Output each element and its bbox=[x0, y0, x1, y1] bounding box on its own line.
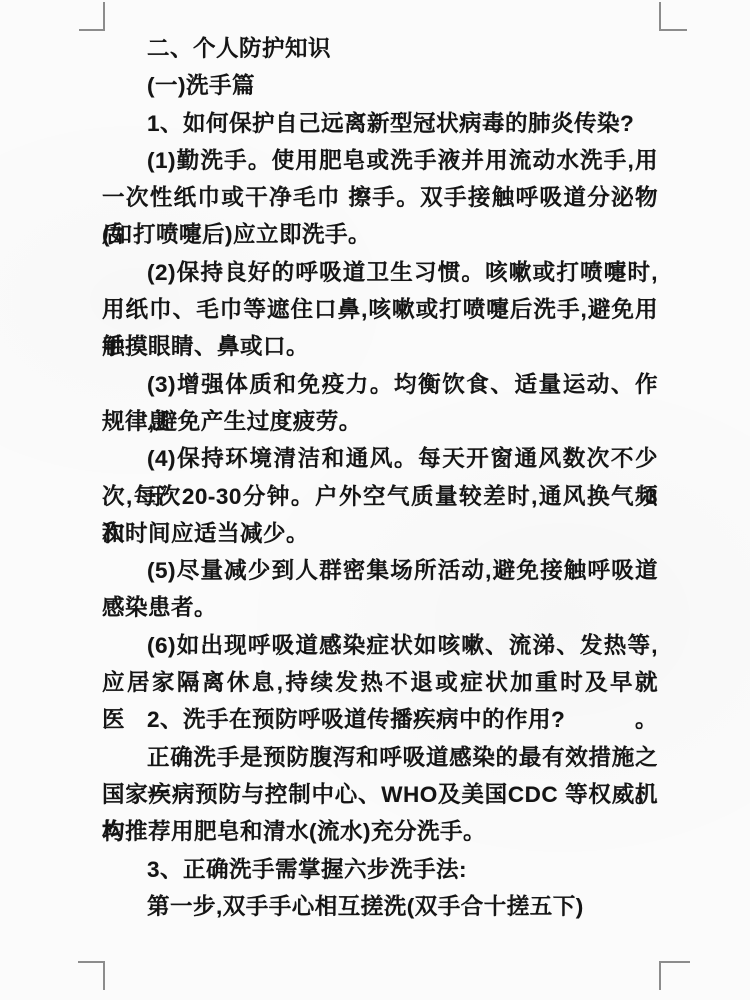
text-line: 规律,避免产生过度疲劳。 bbox=[102, 403, 658, 440]
text-line: (3)增强体质和免疫力。均衡饮食、适量运动、作息 bbox=[102, 366, 658, 403]
text-line: (2)保持良好的呼吸道卫生习惯。咳嗽或打喷嚏时, bbox=[102, 254, 658, 291]
document-page: 二、个人防护知识(一)洗手篇1、如何保护自己远离新型冠状病毒的肺炎传染?(1)勤… bbox=[0, 0, 750, 1000]
text-line: 用纸巾、毛巾等遮住口鼻,咳嗽或打喷嚏后洗手,避免用手 bbox=[102, 291, 658, 328]
text-line: 和时间应适当减少。 bbox=[102, 515, 658, 552]
text-line: (4)保持环境清洁和通风。每天开窗通风数次不少于3 bbox=[102, 440, 658, 477]
text-line: 触摸眼睛、鼻或口。 bbox=[102, 328, 658, 365]
text-line: (如打喷嚏后)应立即洗手。 bbox=[102, 216, 658, 253]
text-line: 一次性纸巾或干净毛巾 擦手。双手接触呼吸道分泌物后 bbox=[102, 179, 658, 216]
crop-mark-bottom-left bbox=[78, 961, 105, 990]
text-line: 应居家隔离休息,持续发热不退或症状加重时及早就医。 bbox=[102, 664, 658, 701]
text-line: (5)尽量减少到人群密集场所活动,避免接触呼吸道 bbox=[102, 552, 658, 589]
text-line: 感染患者。 bbox=[102, 589, 658, 626]
text-line: (一)洗手篇 bbox=[102, 67, 658, 104]
text-line: 国家疾病预防与控制中心、WHO及美国CDC 等权威机构 bbox=[102, 776, 658, 813]
text-line: 均推荐用肥皂和清水(流水)充分洗手。 bbox=[102, 813, 658, 850]
text-line: 第一步,双手手心相互搓洗(双手合十搓五下) bbox=[102, 888, 658, 925]
text-line: 3、正确洗手需掌握六步洗手法: bbox=[102, 851, 658, 888]
text-line: (6)如出现呼吸道感染症状如咳嗽、流涕、发热等, bbox=[102, 627, 658, 664]
text-line: 1、如何保护自己远离新型冠状病毒的肺炎传染? bbox=[102, 105, 658, 142]
crop-mark-bottom-right bbox=[659, 961, 690, 990]
text-line: (1)勤洗手。使用肥皂或洗手液并用流动水洗手,用 bbox=[102, 142, 658, 179]
text-line: 次,每次20-30分钟。户外空气质量较差时,通风换气频次 bbox=[102, 478, 658, 515]
crop-mark-top-right bbox=[659, 2, 687, 31]
text-line: 二、个人防护知识 bbox=[102, 30, 658, 67]
document-text: 二、个人防护知识(一)洗手篇1、如何保护自己远离新型冠状病毒的肺炎传染?(1)勤… bbox=[102, 30, 658, 925]
text-line: 正确洗手是预防腹泻和呼吸道感染的最有效措施之一。 bbox=[102, 739, 658, 776]
crop-mark-top-left bbox=[79, 2, 105, 31]
